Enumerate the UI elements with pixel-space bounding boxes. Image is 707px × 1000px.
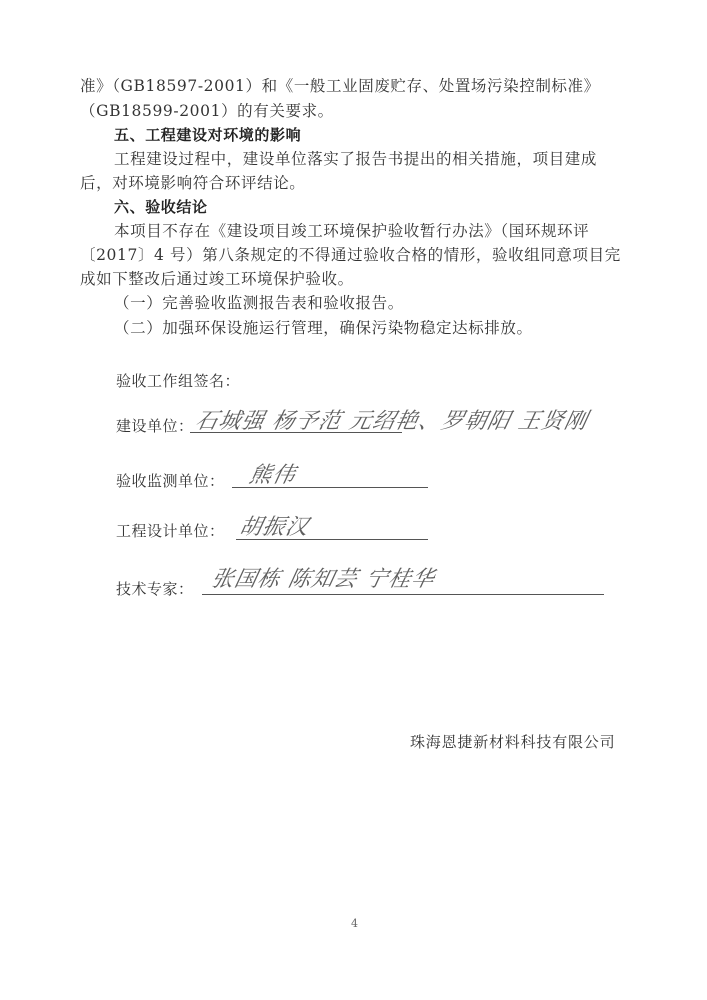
paragraph-line: 后，对环境影响符合环评结论。 [80,173,305,193]
handwritten-signature: 熊伟 [247,458,300,489]
paragraph-line: 准》（GB18597-2001）和《一般工业固废贮存、处置场污染控制标准》 [80,76,600,96]
page-number: 4 [351,917,358,930]
signature-label-experts: 技术专家： [116,578,194,599]
handwritten-signature: 石城强 杨予范 元绍艳、罗朝阳 王贤刚 [193,404,592,435]
paragraph-line: 成如下整改后通过竣工环境保护验收。 [80,269,354,289]
signature-label-construction: 建设单位： [116,415,194,436]
paragraph-line: 〔2017〕4 号）第八条规定的不得通过验收合格的情形，验收组同意项目完 [80,245,621,265]
signature-label-design: 工程设计单位： [116,520,225,541]
paragraph-line: 工程建设过程中，建设单位落实了报告书提出的相关措施，项目建成 [114,149,597,169]
paragraph-line: （GB18599-2001）的有关要求。 [80,101,334,121]
handwritten-signature: 张国栋 陈知芸 宁桂华 [209,562,439,593]
signature-line [202,594,604,595]
paragraph-line: 本项目不存在《建设项目竣工环境保护验收暂行办法》（国环规环评 [114,221,589,241]
signature-heading: 验收工作组签名： [116,370,240,391]
list-item: （一）完善验收监测报告表和验收报告。 [114,293,404,313]
list-item: （二）加强环保设施运行管理，确保污染物稳定达标排放。 [114,318,533,338]
company-name: 珠海恩捷新材料科技有限公司 [410,731,615,752]
section-heading-5: 五、工程建设对环境的影响 [114,125,301,145]
handwritten-signature: 胡振汉 [237,510,313,541]
signature-label-monitoring: 验收监测单位： [116,470,225,491]
section-heading-6: 六、验收结论 [114,197,208,217]
